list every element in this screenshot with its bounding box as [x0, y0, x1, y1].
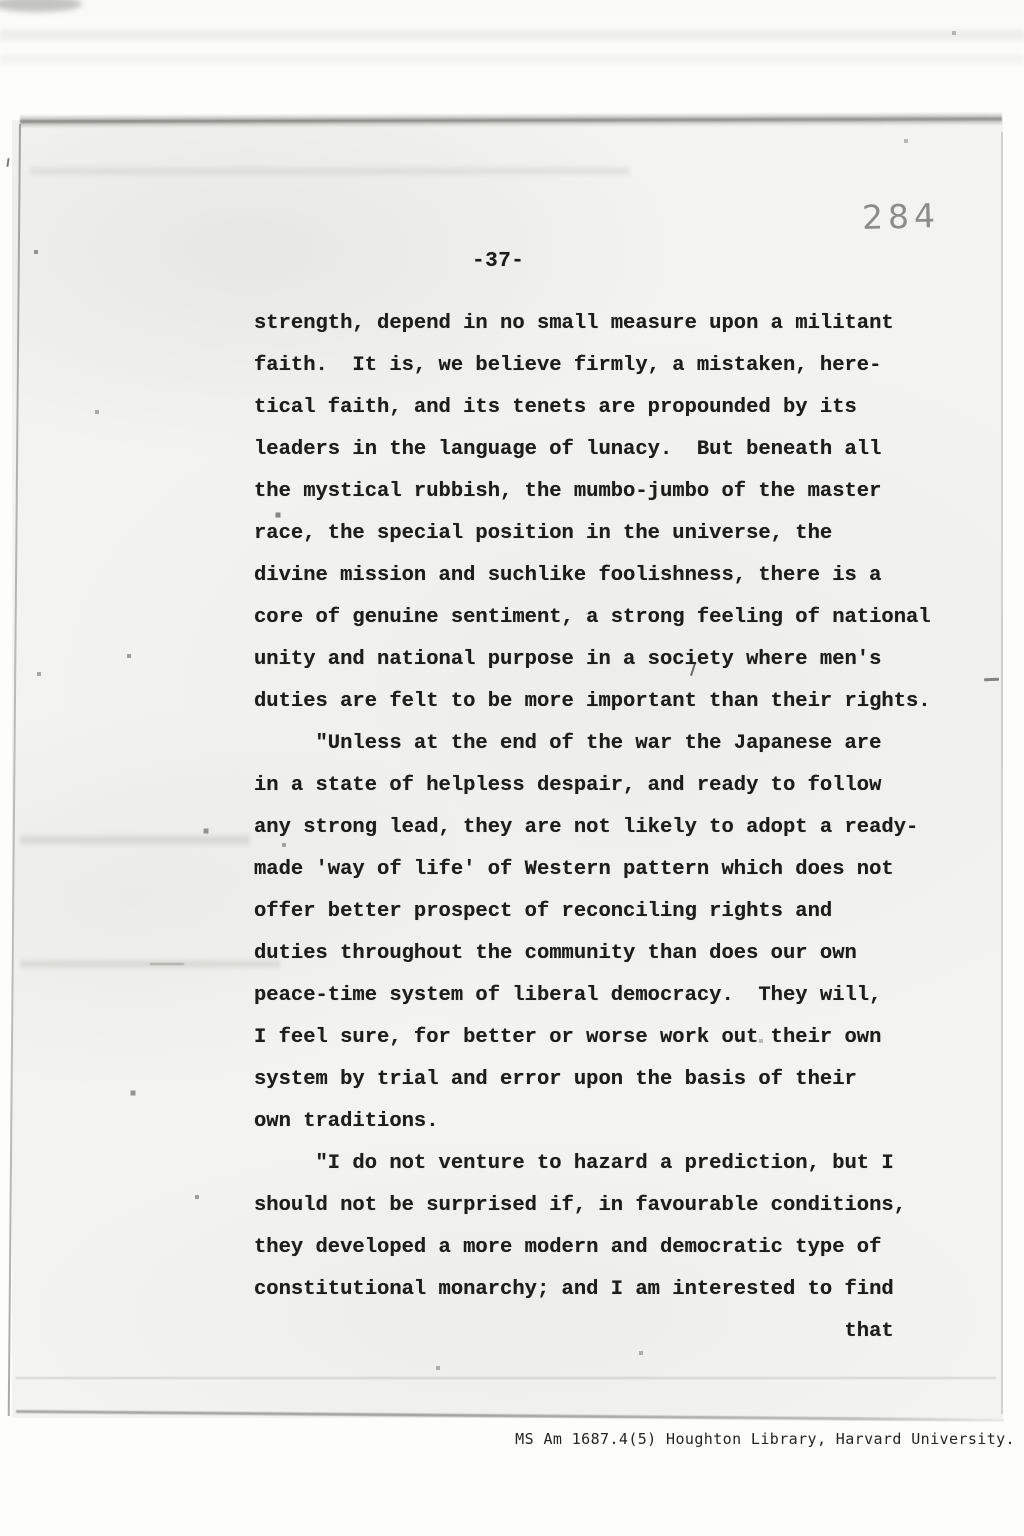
- scan-artifact-band: [0, 52, 1024, 66]
- typescript-line: divine mission and suchlike foolishness,…: [254, 555, 974, 597]
- typescript-line: I feel sure, for better or worse work ou…: [254, 1017, 974, 1059]
- typescript-line: the mystical rubbish, the mumbo-jumbo of…: [254, 471, 974, 513]
- typescript-line: strength, depend in no small measure upo…: [254, 303, 974, 345]
- typescript-line: unity and national purpose in a society …: [254, 639, 974, 681]
- typescript-line: tical faith, and its tenets are propound…: [254, 387, 974, 429]
- scan-background: 284 -37- strength, depend in no small me…: [0, 0, 1024, 1536]
- stray-tick-mark: [6, 158, 9, 167]
- typescript-line: made 'way of life' of Western pattern wh…: [254, 849, 974, 891]
- typescript-line: any strong lead, they are not likely to …: [254, 807, 974, 849]
- typescript-line: "I do not venture to hazard a prediction…: [254, 1143, 974, 1185]
- typescript-line: should not be surprised if, in favourabl…: [254, 1185, 974, 1227]
- scan-artifact-band: [0, 26, 1024, 44]
- typescript-line: constitutional monarchy; and I am intere…: [254, 1269, 974, 1311]
- dust-specks: [0, 0, 2, 2]
- page-right-edge: [1001, 132, 1003, 1414]
- typescript-line: "Unless at the end of the war the Japane…: [254, 723, 974, 765]
- typescript-line: peace-time system of liberal democracy. …: [254, 975, 974, 1017]
- handwritten-folio-number: 284: [862, 196, 941, 237]
- typescript-line: they developed a more modern and democra…: [254, 1227, 974, 1269]
- scan-artifact-line: [16, 1377, 996, 1379]
- typescript-line: that: [254, 1311, 974, 1353]
- typescript-line: offer better prospect of reconciling rig…: [254, 891, 974, 933]
- typescript-line: core of genuine sentiment, a strong feel…: [254, 597, 974, 639]
- scan-artifact-dash: [150, 963, 184, 965]
- typescript-line: leaders in the language of lunacy. But b…: [254, 429, 974, 471]
- typescript-line: system by trial and error upon the basis…: [254, 1059, 974, 1101]
- page-top-edge-shadow: [20, 112, 1002, 129]
- typescript-line: race, the special position in the univer…: [254, 513, 974, 555]
- typescript-line: duties throughout the community than doe…: [254, 933, 974, 975]
- pencil-dash-mark: [984, 678, 999, 681]
- typescript-body: strength, depend in no small measure upo…: [254, 303, 974, 1353]
- scan-smudge: [0, 0, 82, 12]
- scan-artifact-band: [20, 833, 250, 847]
- typed-page-number: -37-: [472, 250, 524, 273]
- typescript-line: in a state of helpless despair, and read…: [254, 765, 974, 807]
- typescript-line: own traditions.: [254, 1101, 974, 1143]
- typescript-line: duties are felt to be more important tha…: [254, 681, 974, 723]
- typescript-line: faith. It is, we believe firmly, a mista…: [254, 345, 974, 387]
- scan-artifact-band: [30, 165, 630, 177]
- credit-line: MS Am 1687.4(5) Houghton Library, Harvar…: [515, 1430, 1015, 1448]
